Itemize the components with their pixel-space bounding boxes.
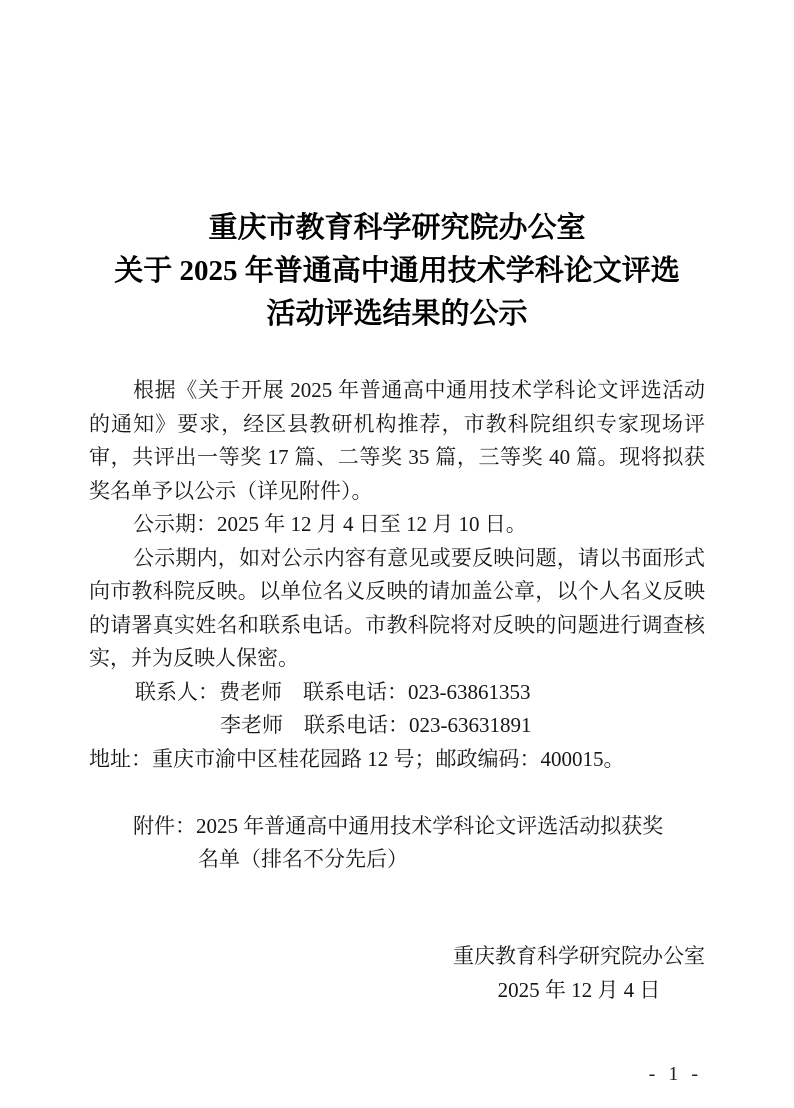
page-number: - 1 - — [649, 1063, 702, 1086]
paragraph-publicity-period: 公示期：2025 年 12 月 4 日至 12 月 10 日。 — [89, 508, 705, 542]
signature-org: 重庆教育科学研究院办公室 — [453, 939, 705, 973]
document-title: 重庆市教育科学研究院办公室 关于 2025 年普通高中通用技术学科论文评选 活动… — [89, 207, 705, 336]
address-line: 地址：重庆市渝中区桂花园路 12 号；邮政编码：400015。 — [89, 743, 705, 777]
attachment-line-2: 名单（排名不分先后） — [133, 847, 408, 871]
document-page: 重庆市教育科学研究院办公室 关于 2025 年普通高中通用技术学科论文评选 活动… — [0, 0, 794, 1108]
signature-date: 2025 年 12 月 4 日 — [453, 973, 705, 1007]
title-line-3: 活动评选结果的公示 — [89, 293, 705, 336]
contact-line-2: 李老师 联系电话：023-63631891 — [89, 709, 705, 743]
attachment-line-1: 附件：2025 年普通高中通用技术学科论文评选活动拟获奖 — [133, 814, 663, 838]
paragraph-basis-and-results: 根据《关于开展 2025 年普通高中通用技术学科论文评选活动的通知》要求，经区县… — [89, 374, 705, 508]
paragraph-feedback-instructions: 公示期内，如对公示内容有意见或要反映问题，请以书面形式向市教科院反映。以单位名义… — [89, 542, 705, 676]
document-body: 根据《关于开展 2025 年普通高中通用技术学科论文评选活动的通知》要求，经区县… — [89, 374, 705, 1007]
signature-block: 重庆教育科学研究院办公室 2025 年 12 月 4 日 — [453, 939, 705, 1007]
attachment-note: 附件：2025 年普通高中通用技术学科论文评选活动拟获奖 名单（排名不分先后） — [89, 810, 705, 877]
title-line-2: 关于 2025 年普通高中通用技术学科论文评选 — [89, 250, 705, 293]
contact-line-1: 联系人：费老师 联系电话：023-63861353 — [89, 676, 705, 710]
title-line-1: 重庆市教育科学研究院办公室 — [89, 207, 705, 250]
